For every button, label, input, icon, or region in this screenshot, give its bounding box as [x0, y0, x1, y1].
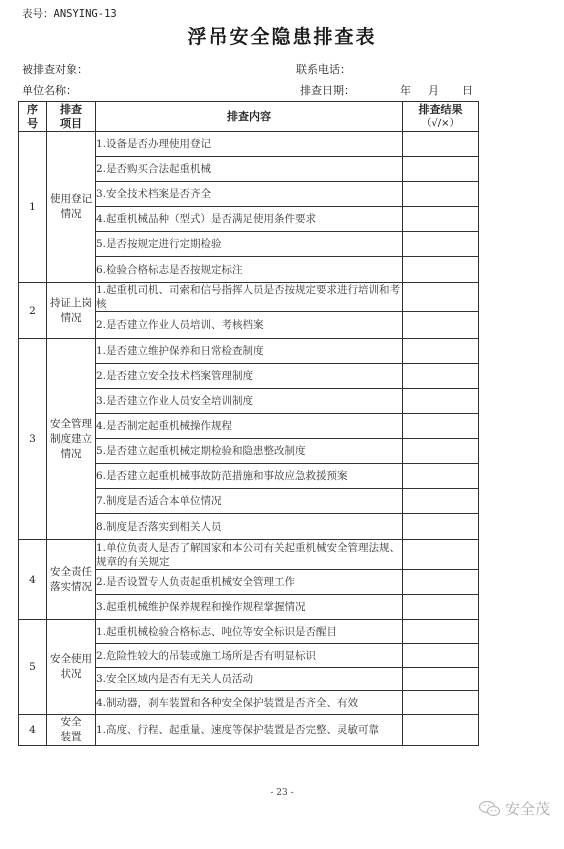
contact-phone-label: 联系电话： [296, 61, 351, 77]
check-item: 3.安全区域内是否有无关人员活动 [96, 668, 403, 691]
result-cell[interactable] [403, 464, 479, 489]
check-item: 1.是否建立维护保养和日常检查制度 [96, 339, 403, 364]
check-item: 4.是否制定起重机械操作规程 [96, 414, 403, 439]
result-cell[interactable] [403, 339, 479, 364]
check-item: 6.是否建立起重机械事故防范措施和事故应急救援预案 [96, 464, 403, 489]
result-cell[interactable] [403, 157, 479, 182]
table-row: 5 安全使用状况 1.起重机械检验合格标志、吨位等安全标识是否醒目 [19, 620, 479, 644]
group-no: 4 [19, 715, 47, 746]
group-category: 持证上岗情况 [47, 283, 96, 339]
group-category: 安全管理制度建立情况 [47, 339, 96, 540]
group-no: 3 [19, 339, 47, 540]
check-item: 2.危险性较大的吊装或施工场所是否有明显标识 [96, 644, 403, 668]
result-cell[interactable] [403, 489, 479, 514]
check-item: 2.是否设置专人负责起重机械安全管理工作 [96, 570, 403, 595]
check-item: 8.制度是否落实到相关人员 [96, 514, 403, 540]
result-cell[interactable] [403, 691, 479, 715]
check-item: 1.起重机械检验合格标志、吨位等安全标识是否醒目 [96, 620, 403, 644]
result-cell[interactable] [403, 312, 479, 339]
check-item: 2.是否建立安全技术档案管理制度 [96, 364, 403, 389]
form-number-label: 表号： [22, 8, 54, 20]
result-header-sub: （√/×） [403, 117, 478, 131]
result-cell[interactable] [403, 232, 479, 257]
wechat-icon [478, 800, 502, 818]
group-category: 使用登记情况 [47, 132, 96, 283]
table-header-row: 序号 排查项目 排查内容 排查结果 （√/×） [19, 102, 479, 132]
page-number: - 23 - [0, 788, 564, 798]
inspection-table: 序号 排查项目 排查内容 排查结果 （√/×） 1 使用登记情况 1.设备是否办… [18, 101, 479, 746]
check-item: 1.单位负责人是否了解国家和本公司有关起重机械安全管理法规、规章的有关规定 [96, 540, 403, 570]
form-number-value: ANSYING-13 [54, 8, 117, 20]
result-cell[interactable] [403, 389, 479, 414]
group-no: 4 [19, 540, 47, 620]
group-category: 安全装置 [47, 715, 96, 746]
check-item: 1.高度、行程、起重量、速度等保护装置是否完整、灵敏可靠 [96, 715, 403, 746]
result-cell[interactable] [403, 620, 479, 644]
result-cell[interactable] [403, 257, 479, 283]
group-no: 5 [19, 620, 47, 715]
result-cell[interactable] [403, 207, 479, 232]
result-cell[interactable] [403, 132, 479, 157]
form-number: 表号：ANSYING-13 [22, 6, 117, 21]
check-item: 4.起重机械品种（型式）是否满足使用条件要求 [96, 207, 403, 232]
month-label: 月 [428, 82, 439, 98]
check-item: 2.是否购买合法起重机械 [96, 157, 403, 182]
check-item: 1.起重机司机、司索和信号指挥人员是否按规定要求进行培训和考核 [96, 283, 403, 312]
result-cell[interactable] [403, 439, 479, 464]
check-item: 5.是否建立起重机械定期检验和隐患整改制度 [96, 439, 403, 464]
check-item: 5.是否按规定进行定期检验 [96, 232, 403, 257]
column-header-no: 序号 [19, 102, 47, 132]
result-cell[interactable] [403, 668, 479, 691]
column-header-result: 排查结果 （√/×） [403, 102, 479, 132]
unit-name-label: 单位名称： [22, 82, 77, 98]
day-label: 日 [462, 82, 473, 98]
check-item: 4.制动器，刹车装置和各种安全保护装置是否齐全、有效 [96, 691, 403, 715]
group-category: 安全责任落实情况 [47, 540, 96, 620]
watermark: 安全茂 [478, 798, 550, 819]
result-cell[interactable] [403, 283, 479, 312]
table-row: 2 持证上岗情况 1.起重机司机、司索和信号指挥人员是否按规定要求进行培训和考核 [19, 283, 479, 312]
check-item: 6.检验合格标志是否按规定标注 [96, 257, 403, 283]
column-header-content: 排查内容 [96, 102, 403, 132]
result-cell[interactable] [403, 715, 479, 746]
result-cell[interactable] [403, 514, 479, 540]
column-header-category: 排查项目 [47, 102, 96, 132]
group-category: 安全使用状况 [47, 620, 96, 715]
result-cell[interactable] [403, 540, 479, 570]
page-title: 浮吊安全隐患排查表 [0, 22, 564, 49]
inspection-date-label: 排查日期： [300, 82, 355, 98]
group-no: 2 [19, 283, 47, 339]
result-cell[interactable] [403, 414, 479, 439]
result-cell[interactable] [403, 595, 479, 620]
result-cell[interactable] [403, 570, 479, 595]
check-item: 3.起重机械维护保养规程和操作规程掌握情况 [96, 595, 403, 620]
result-cell[interactable] [403, 364, 479, 389]
year-label: 年 [400, 82, 411, 98]
check-item: 2.是否建立作业人员培训、考核档案 [96, 312, 403, 339]
check-item: 7.制度是否适合本单位情况 [96, 489, 403, 514]
group-no: 1 [19, 132, 47, 283]
inspected-party-label: 被排查对象： [22, 61, 88, 77]
result-cell[interactable] [403, 644, 479, 668]
result-cell[interactable] [403, 182, 479, 207]
table-row: 4 安全装置 1.高度、行程、起重量、速度等保护装置是否完整、灵敏可靠 [19, 715, 479, 746]
check-item: 3.安全技术档案是否齐全 [96, 182, 403, 207]
watermark-text: 安全茂 [505, 798, 550, 819]
check-item: 1.设备是否办理使用登记 [96, 132, 403, 157]
check-item: 3.是否建立作业人员安全培训制度 [96, 389, 403, 414]
table-row: 4 安全责任落实情况 1.单位负责人是否了解国家和本公司有关起重机械安全管理法规… [19, 540, 479, 570]
table-row: 3 安全管理制度建立情况 1.是否建立维护保养和日常检查制度 [19, 339, 479, 364]
table-row: 1 使用登记情况 1.设备是否办理使用登记 [19, 132, 479, 157]
result-header-label: 排查结果 [403, 103, 478, 117]
